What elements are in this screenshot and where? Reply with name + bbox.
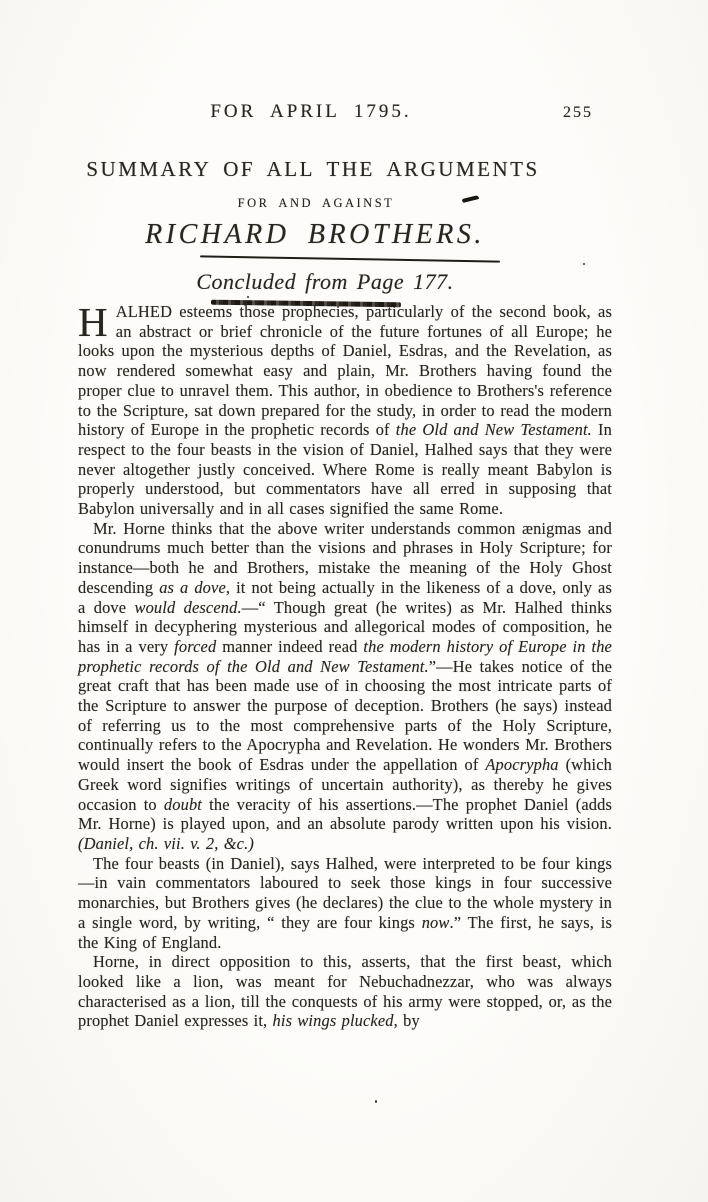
paragraph: HALHED esteems those prophecies, particu… (78, 302, 612, 519)
title-block: SUMMARY OF ALL THE ARGUMENTS FOR AND AGA… (58, 157, 592, 306)
article-subtitle: FOR AND AGAINST (49, 196, 583, 211)
italic-text: the Old and New Testament. (396, 420, 592, 439)
body-text: HALHED esteems those prophecies, particu… (78, 302, 612, 1031)
text-run: ALHED esteems those prophecies, particul… (78, 302, 612, 439)
paragraph: The four beasts (in Daniel), says Halhed… (78, 854, 612, 953)
continuation-note: Concluded from Page 177. (58, 269, 592, 295)
italic-text: Apocrypha (485, 755, 558, 774)
ink-speck (247, 296, 249, 298)
italic-text: now (422, 913, 450, 932)
italic-text: would descend. (135, 598, 242, 617)
divider-rule (200, 255, 500, 262)
text-run: manner indeed read (216, 637, 363, 656)
paragraph: Horne, in direct opposition to this, ass… (78, 952, 612, 1031)
scanned-page: FOR APRIL 1795. 255 SUMMARY OF ALL THE A… (0, 0, 708, 1202)
italic-text: as a dove (159, 578, 226, 597)
text-run: , by (394, 1011, 420, 1030)
italic-text: forced (174, 637, 216, 656)
italic-text: his wings plucked (273, 1011, 394, 1030)
ink-speck (375, 1100, 377, 1103)
italic-text: (Daniel, ch. vii. v. 2, &c.) (78, 834, 254, 853)
paragraph: Mr. Horne thinks that the above writer u… (78, 519, 612, 854)
journal-date-heading: FOR APRIL 1795. (44, 101, 578, 123)
article-subject-name: RICHARD BROTHERS. (48, 219, 582, 251)
page-number: 255 (563, 104, 593, 122)
article-title: SUMMARY OF ALL THE ARGUMENTS (46, 157, 580, 182)
italic-text: doubt (164, 795, 202, 814)
ink-speck (583, 263, 585, 265)
drop-cap: H (78, 302, 116, 338)
